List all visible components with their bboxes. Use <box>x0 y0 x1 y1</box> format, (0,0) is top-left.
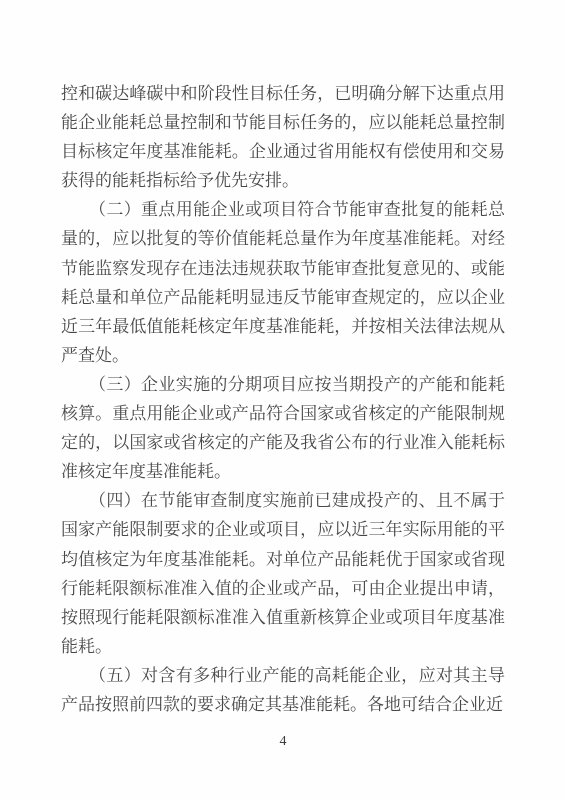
paragraph-item-3: （三）企业实施的分期项目应按当期投产的产能和能耗核算。重点用能企业或产品符合国家… <box>61 370 505 486</box>
paragraph-item-4: （四）在节能审查制度实施前已建成投产的、且不属于国家产能限制要求的企业或项目，应… <box>61 486 505 661</box>
document-page: 控和碳达峰碳中和阶段性目标任务，已明确分解下达重点用能企业能耗总量控制和节能目标… <box>0 0 565 800</box>
page-number: 4 <box>61 733 505 751</box>
paragraph-item-5: （五）对含有多种行业产能的高耗能企业，应对其主导产品按照前四款的要求确定其基准能… <box>61 661 505 719</box>
paragraph-item-2: （二）重点用能企业或项目符合节能审查批复的能耗总量的，应以批复的等价值能耗总量作… <box>61 195 505 370</box>
paragraph-continuation: 控和碳达峰碳中和阶段性目标任务，已明确分解下达重点用能企业能耗总量控制和节能目标… <box>61 79 505 195</box>
document-body: 控和碳达峰碳中和阶段性目标任务，已明确分解下达重点用能企业能耗总量控制和节能目标… <box>61 79 505 719</box>
